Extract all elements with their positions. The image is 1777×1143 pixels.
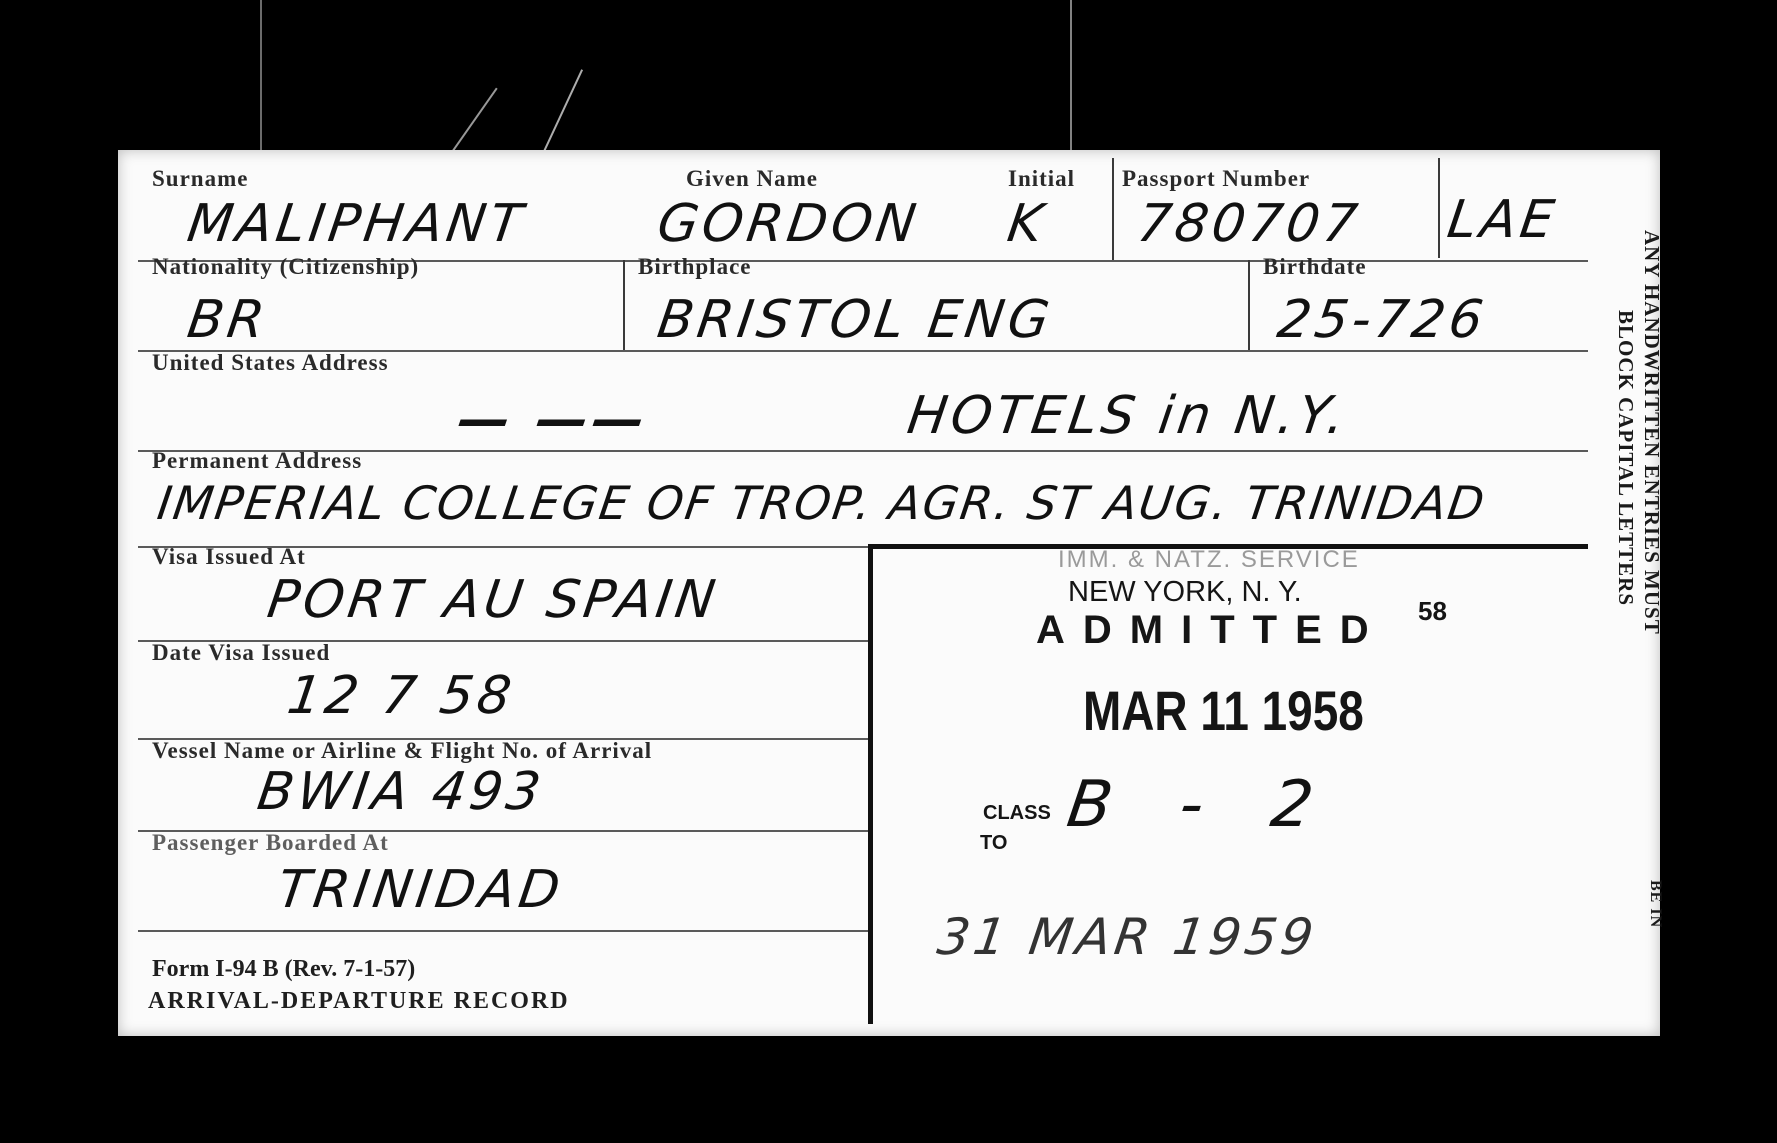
label-initial: Initial — [1008, 166, 1075, 192]
value-visa-issued-at: PORT AU SPAIN — [264, 570, 723, 630]
film-scratch — [1070, 0, 1072, 150]
label-passport-number: Passport Number — [1122, 166, 1310, 192]
value-us-address: HOTELS in N.Y. — [904, 386, 1353, 446]
label-boarded-at: Passenger Boarded At — [152, 830, 389, 856]
value-surname: MALIPHANT — [184, 194, 530, 254]
label-permanent-address: Permanent Address — [152, 448, 362, 474]
value-date-visa-issued: 12 7 58 — [284, 666, 519, 726]
film-scratch — [260, 0, 262, 150]
i94-arrival-departure-card: Surname Given Name Initial Passport Numb… — [118, 150, 1660, 1036]
label-visa-issued-at: Visa Issued At — [152, 544, 306, 570]
side-instruction: ANY HANDWRITTEN ENTRIES MUST BE IN BLOCK… — [1606, 230, 1676, 930]
divider — [1112, 158, 1114, 262]
label-vessel: Vessel Name or Airline & Flight No. of A… — [152, 738, 652, 764]
label-given-name: Given Name — [686, 166, 818, 192]
value-permanent-address: IMPERIAL COLLEGE OF TROP. AGR. ST AUG. T… — [154, 476, 1489, 530]
side-note-line3: BLOCK CAPITAL LETTERS — [1613, 310, 1638, 606]
label-surname: Surname — [152, 166, 248, 192]
value-initial: K — [1004, 194, 1051, 254]
side-note-line1: ANY HANDWRITTEN ENTRIES MUST — [1639, 230, 1664, 635]
value-vessel: BWIA 493 — [254, 762, 548, 822]
value-birthdate: 25-726 — [1274, 290, 1491, 350]
stamp-location: NEW YORK, N. Y. — [1068, 576, 1302, 609]
label-us-address: United States Address — [152, 350, 389, 376]
divider — [1438, 158, 1440, 258]
label-birthplace: Birthplace — [638, 254, 752, 280]
stamp-to-label: TO — [980, 832, 1007, 855]
value-boarded-at: TRINIDAD — [274, 860, 568, 920]
side-note-line2: BE IN — [1646, 880, 1664, 928]
stamp-agency: IMM. & NATZ. SERVICE — [1058, 546, 1360, 574]
value-passport-suffix: LAE — [1444, 190, 1562, 250]
label-nationality: Nationality (Citizenship) — [152, 254, 419, 280]
film-scratch — [539, 69, 583, 160]
label-date-visa-issued: Date Visa Issued — [152, 640, 330, 666]
form-title: ARRIVAL-DEPARTURE RECORD — [148, 988, 570, 1015]
stamp-box-left — [868, 544, 873, 1024]
value-admitted-until: 31 MAR 1959 — [934, 908, 1321, 966]
value-birthplace: BRISTOL ENG — [654, 290, 1057, 350]
label-birthdate: Birthdate — [1263, 254, 1367, 280]
stamp-class-label: CLASS — [983, 802, 1051, 825]
value-given-name: GORDON — [654, 194, 924, 254]
stamp-port-code: 58 — [1418, 596, 1447, 627]
stamp-status: ADMITTED — [1036, 608, 1387, 653]
value-nationality: BR — [184, 290, 272, 350]
value-us-address-dashes: — —— — [454, 390, 653, 450]
form-number: Form I-94 B (Rev. 7-1-57) — [152, 956, 415, 983]
rule — [138, 930, 870, 932]
divider — [623, 260, 625, 352]
divider — [1248, 260, 1250, 352]
stamp-date: MAR 11 1958 — [1083, 678, 1364, 743]
value-passport-number: 780707 — [1134, 194, 1365, 254]
value-visa-class: B - 2 — [1063, 768, 1342, 842]
